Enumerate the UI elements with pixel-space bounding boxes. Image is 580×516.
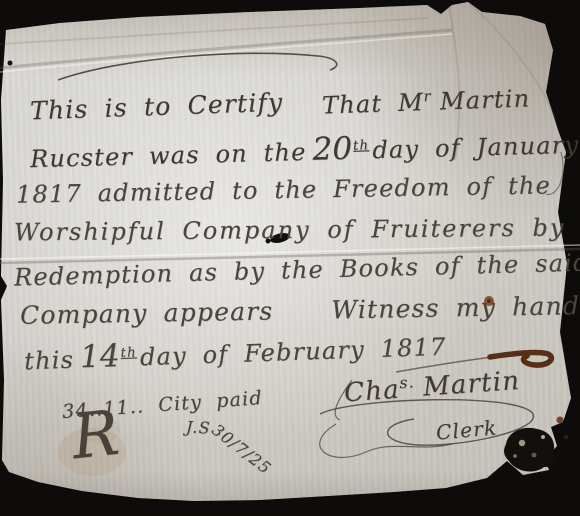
line1-that-mr: That M xyxy=(322,88,425,120)
line2-text-end: day of January xyxy=(372,131,579,164)
line6-company-appears: Company appears xyxy=(20,296,274,329)
signature-cha: Cha xyxy=(343,375,401,409)
line2-ordinal: th xyxy=(353,138,370,153)
dark-spot-edge xyxy=(564,435,568,439)
line2-text: Rucster was on the xyxy=(30,138,307,173)
flourish-initial: R xyxy=(68,396,122,473)
signature-superscript: s. xyxy=(399,373,416,392)
certificate-line-4: Worshipful Company of Fruiterers by xyxy=(14,214,566,247)
photo-background: This is to Certify That MrMartin Rucster… xyxy=(0,0,580,516)
line7-day-number: 14 xyxy=(79,338,120,375)
line7-this: this xyxy=(24,346,75,376)
line2-day-number: 20 xyxy=(312,131,353,168)
line1-surname: Martin xyxy=(439,84,530,115)
line1-mr-superscript: r xyxy=(423,89,432,105)
line7-ordinal: th xyxy=(120,345,137,361)
line6-witness: Witness my hand xyxy=(331,291,580,324)
